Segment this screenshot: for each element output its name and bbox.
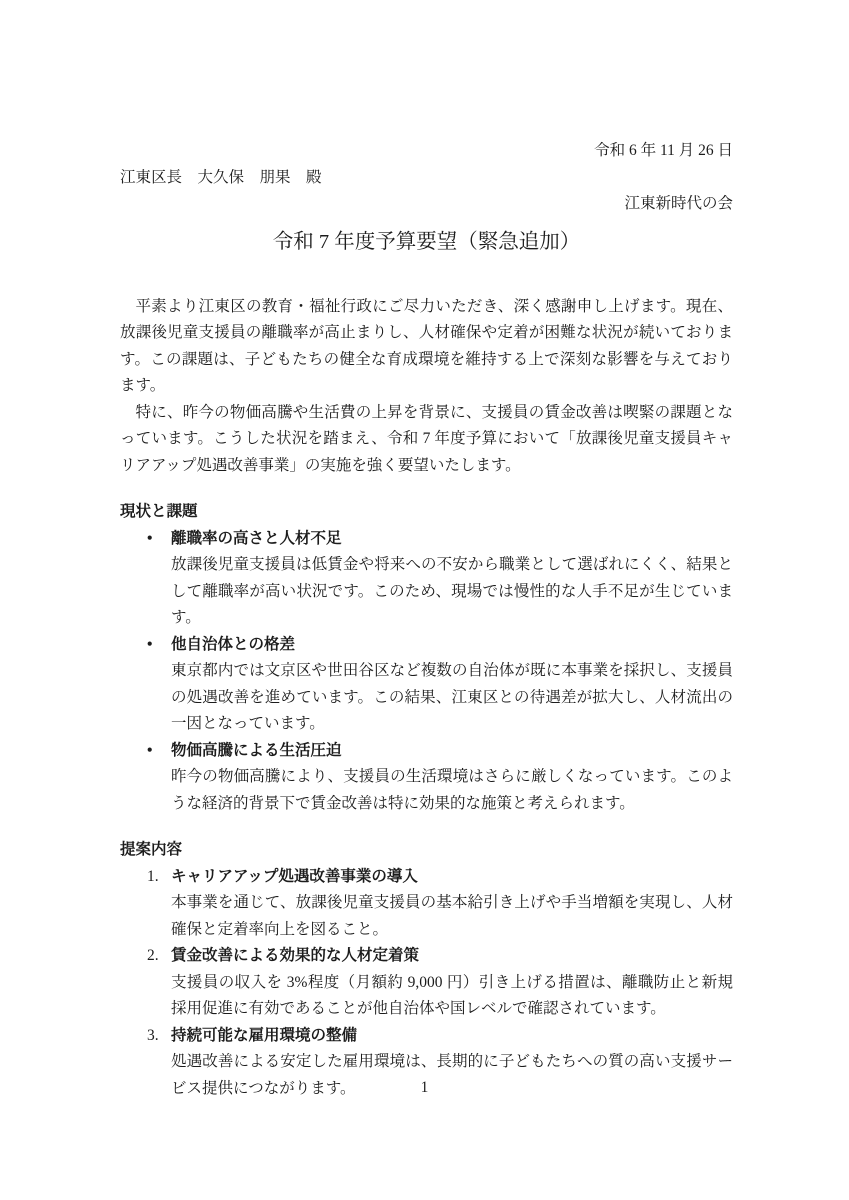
item-title: 持続可能な雇用環境の整備 xyxy=(171,1023,733,1050)
section-proposals: 提案内容 1. キャリアアップ処遇改善事業の導入 本事業を通じて、放課後児童支援… xyxy=(120,837,733,1102)
item-body: 昨今の物価高騰により、支援員の生活環境はさらに厳しくなっています。このような経済… xyxy=(171,764,733,817)
sender-line: 江東新時代の会 xyxy=(120,191,733,218)
item-number: 1. xyxy=(147,864,159,891)
bullet-marker: • xyxy=(147,738,152,765)
body-paragraph: 特に、昨今の物価高騰や生活費の上昇を背景に、支援員の賃金改善は喫緊の課題となって… xyxy=(120,400,733,480)
document-page: 令和 6 年 11 月 26 日 江東区長 大久保 朋果 殿 江東新時代の会 令… xyxy=(0,0,849,1200)
bullet-item: • 離職率の高さと人材不足 放課後児童支援員は低賃金や将来への不安から職業として… xyxy=(120,526,733,632)
bullet-marker: • xyxy=(147,632,152,659)
item-body: 支援員の収入を 3%程度（月額約 9,000 円）引き上げる措置は、離職防止と新… xyxy=(171,970,733,1023)
item-number: 2. xyxy=(147,943,159,970)
page-number: 1 xyxy=(0,1078,849,1098)
numbered-item: 1. キャリアアップ処遇改善事業の導入 本事業を通じて、放課後児童支援員の基本給… xyxy=(120,864,733,944)
item-title: 他自治体との格差 xyxy=(171,632,733,659)
section-current-issues: 現状と課題 • 離職率の高さと人材不足 放課後児童支援員は低賃金や将来への不安か… xyxy=(120,499,733,817)
item-body: 東京都内では文京区や世田谷区など複数の自治体が既に本事業を採択し、支援員の処遇改… xyxy=(171,658,733,738)
bullet-item: • 他自治体との格差 東京都内では文京区や世田谷区など複数の自治体が既に本事業を… xyxy=(120,632,733,738)
section-heading: 提案内容 xyxy=(120,837,733,864)
item-body: 放課後児童支援員は低賃金や将来への不安から職業として選ばれにくく、結果として離職… xyxy=(171,552,733,632)
bullet-marker: • xyxy=(147,526,152,553)
item-title: 賃金改善による効果的な人材定着策 xyxy=(171,943,733,970)
item-title: キャリアアップ処遇改善事業の導入 xyxy=(171,864,733,891)
item-title: 物価高騰による生活圧迫 xyxy=(171,738,733,765)
opening-paragraphs: 平素より江東区の教育・福祉行政にご尽力いただき、深く感謝申し上げます。現在、放課… xyxy=(120,294,733,480)
numbered-item: 2. 賃金改善による効果的な人材定着策 支援員の収入を 3%程度（月額約 9,0… xyxy=(120,943,733,1023)
body-paragraph: 平素より江東区の教育・福祉行政にご尽力いただき、深く感謝申し上げます。現在、放課… xyxy=(120,294,733,400)
item-number: 3. xyxy=(147,1023,159,1050)
item-body: 本事業を通じて、放課後児童支援員の基本給引き上げや手当増額を実現し、人材確保と定… xyxy=(171,890,733,943)
date-line: 令和 6 年 11 月 26 日 xyxy=(120,138,733,165)
document-title: 令和 7 年度予算要望（緊急追加） xyxy=(120,226,733,258)
addressee-line: 江東区長 大久保 朋果 殿 xyxy=(120,165,733,192)
bullet-item: • 物価高騰による生活圧迫 昨今の物価高騰により、支援員の生活環境はさらに厳しく… xyxy=(120,738,733,818)
section-heading: 現状と課題 xyxy=(120,499,733,526)
item-title: 離職率の高さと人材不足 xyxy=(171,526,733,553)
